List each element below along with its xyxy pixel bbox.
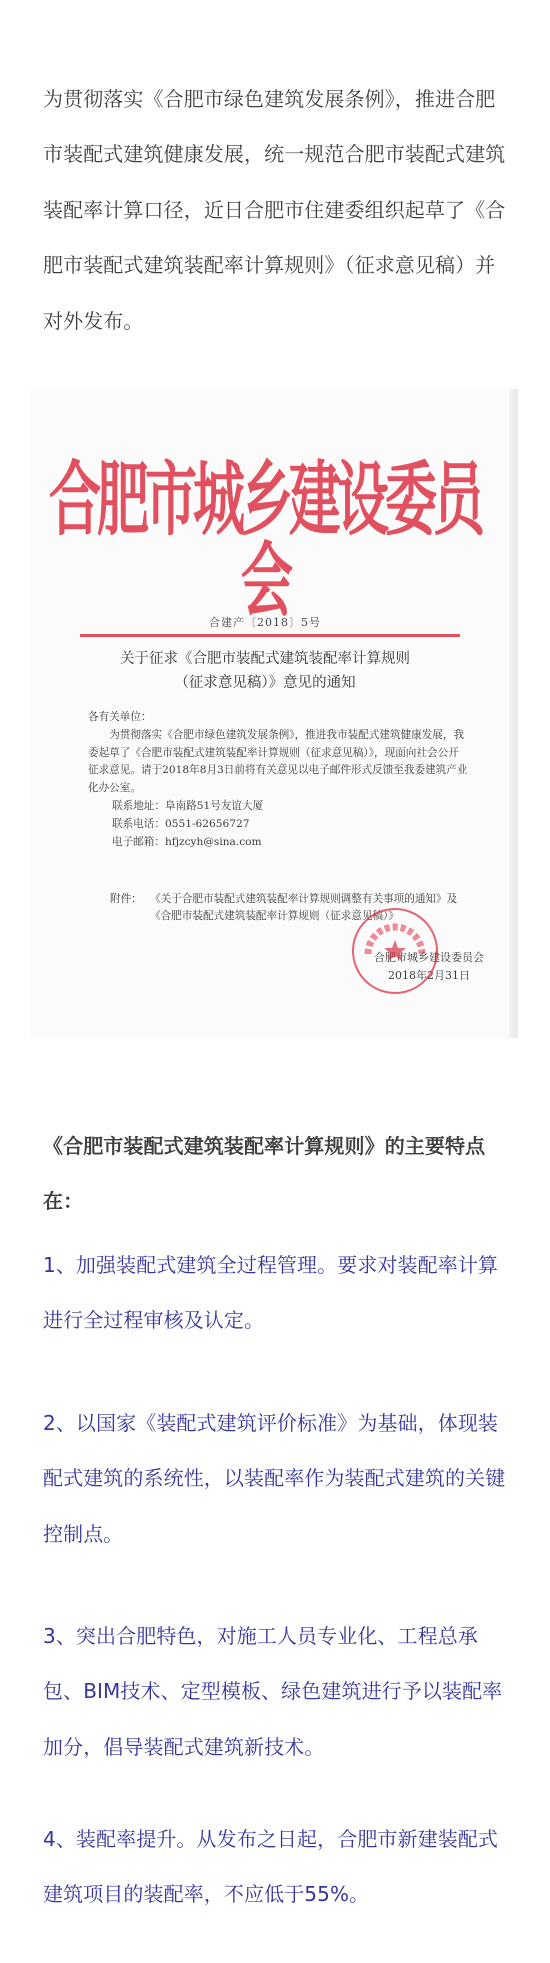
document-salutation: 各有关单位：	[88, 709, 468, 727]
attachment-label: 附件：	[110, 891, 150, 925]
list-item: 3、突出合肥特色，对施工人员专业化、工程总承包、BIM技术、定型模板、绿色建筑进…	[43, 1609, 507, 1775]
document-phone: 联系电话：0551-62656727	[88, 816, 468, 834]
official-seal-icon	[352, 908, 438, 994]
document-address: 联系地址：阜南路51号友谊大厦	[88, 798, 468, 816]
document-org-header: 合肥市城乡建设委员会	[30, 461, 500, 622]
document-title-line-2: （征求意见稿）》意见的通知	[30, 671, 500, 695]
list-item: 4、装配率提升。从发布之日起，合肥市新建装配式建筑项目的装配率，不应低于55%。	[43, 1812, 507, 1923]
list-item: 2、以国家《装配式建筑评价标准》为基础，体现装配式建筑的系统性，以装配率作为装配…	[43, 1396, 507, 1562]
list-item: 1、加强装配式建筑全过程管理。要求对装配率计算进行全过程审核及认定。	[43, 1238, 507, 1349]
document-number: 合建产〔2018〕5号	[30, 614, 500, 630]
document-body-text: 为贯彻落实《合肥市绿色建筑发展条例》，推进我市装配式建筑健康发展，我委起草了《合…	[88, 727, 468, 798]
intro-paragraph: 为贯彻落实《合肥市绿色建筑发展条例》，推进合肥市装配式建筑健康发展，统一规范合肥…	[43, 72, 507, 349]
document-scan-edge	[509, 389, 518, 1038]
document-title-line-1: 关于征求《合肥市装配式建筑装配率计算规则	[30, 647, 500, 671]
document-body: 各有关单位： 为贯彻落实《合肥市绿色建筑发展条例》，推进我市装配式建筑健康发展，…	[88, 709, 468, 851]
notice-document-image: 合肥市城乡建设委员会 合建产〔2018〕5号 关于征求《合肥市装配式建筑装配率计…	[30, 389, 518, 1038]
document-email: 电子邮箱：hfjzcyh@sina.com	[88, 834, 468, 852]
document-red-divider	[80, 634, 460, 637]
section-heading: 《合肥市装配式建筑装配率计算规则》的主要特点在：	[43, 1119, 507, 1230]
document-title: 关于征求《合肥市装配式建筑装配率计算规则 （征求意见稿）》意见的通知	[30, 647, 500, 695]
